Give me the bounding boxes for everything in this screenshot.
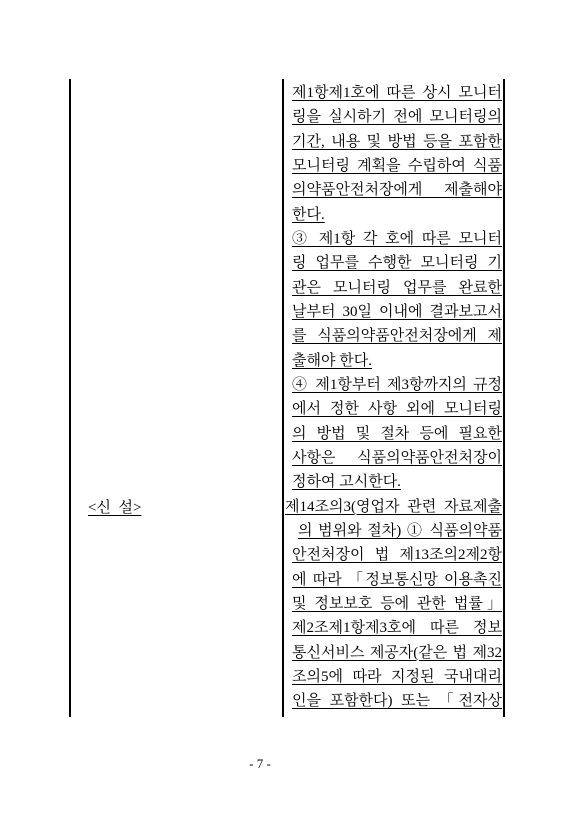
amendment-line: 링 업무를 수행한 모니터링 기 xyxy=(284,251,503,275)
new-provision-marker: <신 설> xyxy=(88,498,141,518)
amendment-line: 및 정보보호 등에 관한 법률」 xyxy=(284,592,503,616)
amendment-column: 제1항제1호에 따른 상시 모니터링을 실시하기 전에 모니터링의기간, 내용 … xyxy=(284,79,505,717)
page-number: - 7 - xyxy=(200,756,320,772)
amendment-line: 날부터 30일 이내에 결과보고서 xyxy=(284,300,503,324)
amendment-line: 의약품안전처장에게 제출해야 xyxy=(284,178,503,202)
amendment-line: 통신서비스 제공자(같은 법 제32 xyxy=(284,641,503,665)
amendment-line: 인을 포함한다) 또는 「전자상 xyxy=(284,689,503,713)
amendment-line: 관은 모니터링 업무를 완료한 xyxy=(284,276,503,300)
amendment-line: 조의5에 따라 지정된 국내대리 xyxy=(284,665,503,689)
amendment-line: 출해야 한다. xyxy=(284,349,503,373)
amendment-line: 기간, 내용 및 방법 등을 포함한 xyxy=(284,130,503,154)
amendment-line: 사항은 식품의약품안전처장이 xyxy=(284,446,503,470)
amendment-line: 를 식품의약품안전처장에게 제 xyxy=(284,324,503,348)
amendment-line: 제2조제1항제3호에 따른 정보 xyxy=(284,616,503,640)
amendment-line: 모니터링 계획을 수립하여 식품 xyxy=(284,154,503,178)
amendment-line: ③ 제1항 각 호에 따른 모니터 xyxy=(284,227,503,251)
document-page: <신 설> 제1항제1호에 따른 상시 모니터링을 실시하기 전에 모니터링의기… xyxy=(0,0,574,814)
amendment-line: 에 따라 「정보통신망 이용촉진 xyxy=(284,568,503,592)
law-comparison-table: <신 설> 제1항제1호에 따른 상시 모니터링을 실시하기 전에 모니터링의기… xyxy=(69,79,505,717)
amendment-line: 제1항제1호에 따른 상시 모니터 xyxy=(284,81,503,105)
amendment-line: ④ 제1항부터 제3항까지의 규정 xyxy=(284,373,503,397)
amendment-line: 한다. xyxy=(284,203,503,227)
amendment-line: 에서 정한 사항 외에 모니터링 xyxy=(284,397,503,421)
amendment-line: 의 범위와 절차) ① 식품의약품 xyxy=(284,519,503,543)
amendment-line: 정하여 고시한다. xyxy=(284,470,503,494)
amendment-line: 제14조의3(영업자 관련 자료제출 xyxy=(284,495,503,519)
amendment-line: 의 방법 및 절차 등에 필요한 xyxy=(284,422,503,446)
amendment-line: 링을 실시하기 전에 모니터링의 xyxy=(284,105,503,129)
current-law-column: <신 설> xyxy=(69,79,284,717)
amendment-line: 안전처장이 법 제13조의2제2항 xyxy=(284,543,503,567)
